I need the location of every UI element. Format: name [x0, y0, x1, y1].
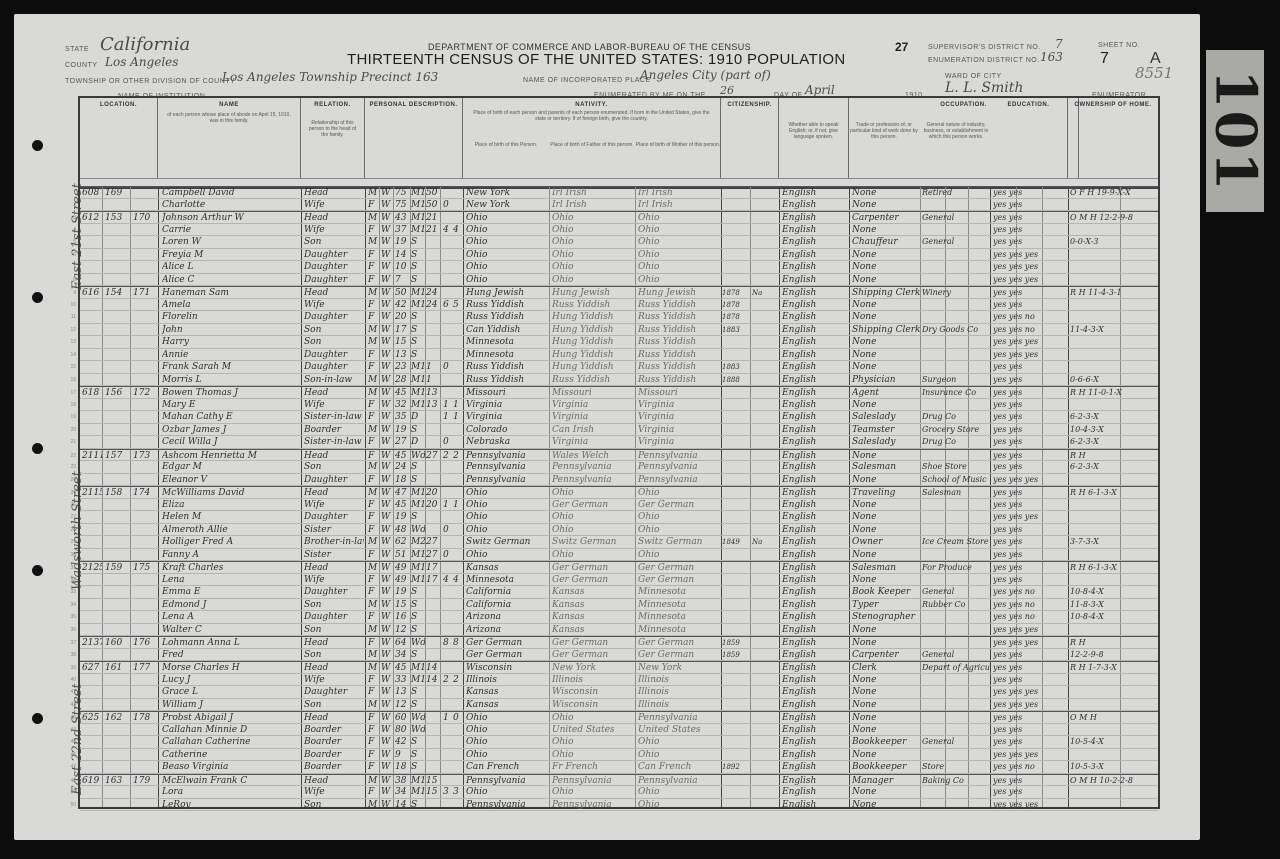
relation: Son [304, 461, 364, 473]
house-number: 608 1/2 [82, 187, 102, 199]
naturalization [752, 399, 778, 411]
language: English [782, 212, 848, 224]
house-number [82, 649, 102, 661]
trade: Traveling [852, 487, 920, 499]
industry: Depart of Agriculture [922, 662, 990, 674]
line-number: 48 [64, 775, 76, 787]
house-number [82, 299, 102, 311]
naturalization [752, 599, 778, 611]
dwelling-number [105, 474, 129, 486]
age: 18 [395, 761, 410, 773]
dwelling-number [105, 624, 129, 636]
language: English [782, 574, 848, 586]
ownership [1070, 261, 1160, 273]
ownership [1070, 299, 1160, 311]
birthplace-father: Ohio [552, 224, 634, 236]
house-number [82, 724, 102, 736]
family-number [133, 261, 157, 273]
trade: Manager [852, 775, 920, 787]
table-row: 31 2125 159 175 Kraft Charles Head M W 4… [80, 561, 1158, 574]
table-row: 50 LeRoy Son M W 14 S Pennsylvania Penns… [80, 799, 1158, 812]
naturalization [752, 311, 778, 323]
language: English [782, 199, 848, 211]
trade: Salesman [852, 461, 920, 473]
children-living [453, 624, 463, 636]
age: 62 [395, 536, 410, 548]
industry [922, 224, 990, 236]
birthplace-person: California [466, 599, 548, 611]
industry: Insurance Co [922, 387, 990, 399]
trade: None [852, 261, 920, 273]
family-number [133, 436, 157, 448]
table-row: 35 Lena A Daughter F W 16 S Arizona Kans… [80, 611, 1158, 624]
ownership [1070, 574, 1160, 586]
language: English [782, 586, 848, 598]
race: W [381, 611, 393, 623]
state-value: California [100, 34, 190, 55]
family-number [133, 311, 157, 323]
relation: Daughter [304, 686, 364, 698]
language: English [782, 299, 848, 311]
industry: Retired [922, 187, 990, 199]
person-name: Kraft Charles [162, 562, 300, 574]
industry: Surgeon [922, 374, 990, 386]
table-row: 38 Fred Son M W 34 S Ger German Ger Germ… [80, 649, 1158, 662]
years-married [426, 599, 440, 611]
marital-status: S [411, 511, 425, 523]
race: W [381, 511, 393, 523]
children-born [443, 387, 453, 399]
dwelling-number [105, 649, 129, 661]
race: W [381, 324, 393, 336]
person-name: Edgar M [162, 461, 300, 473]
birthplace-father: Wisconsin [552, 699, 634, 711]
dwelling-number [105, 761, 129, 773]
language: English [782, 524, 848, 536]
birthplace-person: Ohio [466, 549, 548, 561]
education: yes yes [993, 662, 1065, 674]
immigration-year: 1859 [722, 649, 750, 661]
years-married [426, 586, 440, 598]
birthplace-mother: Illinois [638, 699, 720, 711]
dwelling-number: 157 [105, 450, 129, 462]
table-row: 22 2111 157 173 Ashcom Henrietta M Head … [80, 449, 1158, 462]
race: W [381, 374, 393, 386]
birthplace-mother: Minnesota [638, 611, 720, 623]
children-living [453, 199, 463, 211]
race: W [381, 474, 393, 486]
years-married [426, 274, 440, 286]
language: English [782, 487, 848, 499]
trade: None [852, 549, 920, 561]
education: yes yes [993, 374, 1065, 386]
age: 37 [395, 224, 410, 236]
dwelling-number [105, 236, 129, 248]
language: English [782, 249, 848, 261]
age: 24 [395, 461, 410, 473]
immigration-year [722, 436, 750, 448]
education: yes yes no [993, 761, 1065, 773]
marital-status: S [411, 699, 425, 711]
dwelling-number [105, 736, 129, 748]
years-married [426, 236, 440, 248]
birthplace-mother: Ger German [638, 499, 720, 511]
dwelling-number [105, 549, 129, 561]
children-living: 8 [453, 637, 463, 649]
age: 18 [395, 474, 410, 486]
immigration-year: 1883 [722, 324, 750, 336]
relation: Son [304, 324, 364, 336]
children-living: 4 [453, 224, 463, 236]
children-living [453, 424, 463, 436]
years-married: 50 [426, 187, 440, 199]
children-born [443, 487, 453, 499]
language: English [782, 775, 848, 787]
age: 12 [395, 699, 410, 711]
children-living [453, 236, 463, 248]
education: yes yes [993, 674, 1065, 686]
industry [922, 674, 990, 686]
naturalization [752, 712, 778, 724]
birthplace-father: Kansas [552, 611, 634, 623]
marital-status: M1 [411, 499, 425, 511]
ownership [1070, 474, 1160, 486]
column-header-name: NAMEof each person whose place of abode … [158, 98, 301, 178]
house-number [82, 549, 102, 561]
children-living [453, 686, 463, 698]
industry [922, 624, 990, 636]
years-married [426, 686, 440, 698]
age: 60 [395, 712, 410, 724]
industry [922, 249, 990, 261]
dwelling-number [105, 799, 129, 811]
education: yes yes [993, 212, 1065, 224]
enumeration-district-label: ENUMERATION DISTRICT NO. [928, 57, 1040, 64]
immigration-year [722, 775, 750, 787]
relation: Wife [304, 399, 364, 411]
age: 48 [395, 524, 410, 536]
race: W [381, 686, 393, 698]
education: yes yes [993, 524, 1065, 536]
person-name: Loren W [162, 236, 300, 248]
marital-status: S [411, 736, 425, 748]
children-born: 6 [443, 299, 453, 311]
naturalization [752, 224, 778, 236]
language: English [782, 511, 848, 523]
trade: None [852, 524, 920, 536]
table-row: 26 Eliza Wife F W 45 M1 20 1 1 Ohio Ger … [80, 499, 1158, 512]
relation: Boarder [304, 749, 364, 761]
marital-status: S [411, 274, 425, 286]
sex: F [368, 511, 379, 523]
marital-status: D [411, 411, 425, 423]
language: English [782, 187, 848, 199]
relation: Son [304, 336, 364, 348]
age: 12 [395, 624, 410, 636]
language: English [782, 461, 848, 473]
years-married [426, 261, 440, 273]
immigration-year [722, 624, 750, 636]
race: W [381, 487, 393, 499]
dwelling-number [105, 786, 129, 798]
relation: Head [304, 712, 364, 724]
industry [922, 712, 990, 724]
sex: F [368, 311, 379, 323]
language: English [782, 799, 848, 811]
punch-hole-icon [32, 292, 43, 303]
relation: Head [304, 487, 364, 499]
age: 43 [395, 212, 410, 224]
house-number [82, 611, 102, 623]
punch-hole-icon [32, 443, 43, 454]
family-number [133, 624, 157, 636]
house-number: 2111 [82, 450, 102, 462]
children-born [443, 424, 453, 436]
ownership: 10-5-3-X [1070, 761, 1160, 773]
children-living [453, 249, 463, 261]
marital-status: M1 [411, 387, 425, 399]
dwelling-number [105, 224, 129, 236]
marital-status: M1 [411, 674, 425, 686]
industry: General [922, 736, 990, 748]
children-born: 2 [443, 450, 453, 462]
table-row: 14 Annie Daughter F W 13 S Minnesota Hun… [80, 349, 1158, 362]
immigration-year [722, 786, 750, 798]
birthplace-mother: United States [638, 724, 720, 736]
family-number [133, 399, 157, 411]
sex: M [368, 662, 379, 674]
house-number [82, 361, 102, 373]
trade: None [852, 637, 920, 649]
family-number [133, 749, 157, 761]
language: English [782, 786, 848, 798]
children-born: 0 [443, 199, 453, 211]
children-born: 1 [443, 411, 453, 423]
person-name: McWilliams David [162, 487, 300, 499]
birthplace-person: Ohio [466, 487, 548, 499]
house-number [82, 799, 102, 811]
marital-status: M1 [411, 574, 425, 586]
children-living [453, 761, 463, 773]
naturalization [752, 786, 778, 798]
relation: Daughter [304, 261, 364, 273]
language: English [782, 562, 848, 574]
ownership: 3-7-3-X [1070, 536, 1160, 548]
birthplace-person: Ohio [466, 712, 548, 724]
line-number: 10 [64, 299, 76, 311]
relation: Head [304, 637, 364, 649]
table-row: 23 Edgar M Son M W 24 S Pennsylvania Pen… [80, 461, 1158, 474]
dwelling-number [105, 674, 129, 686]
dwelling-number: 169 [105, 187, 129, 199]
race: W [381, 411, 393, 423]
person-name: Alice L [162, 261, 300, 273]
trade: Physician [852, 374, 920, 386]
children-born [443, 624, 453, 636]
race: W [381, 224, 393, 236]
marital-status: M1 [411, 487, 425, 499]
birthplace-mother: Hung Jewish [638, 287, 720, 299]
immigration-year: 1849 [722, 536, 750, 548]
incorporated-value: Angeles City (part of) [640, 68, 771, 82]
relation: Wife [304, 499, 364, 511]
birthplace-person: Hung Jewish [466, 287, 548, 299]
table-row: 4 Carrie Wife F W 37 M1 21 4 4 Ohio Ohio… [80, 224, 1158, 237]
line-number: 41 [64, 686, 76, 698]
education: yes yes [993, 399, 1065, 411]
sex: F [368, 224, 379, 236]
children-living: 3 [453, 786, 463, 798]
birthplace-father: Ohio [552, 261, 634, 273]
column-header-location: LOCATION. [80, 98, 158, 178]
years-married: 27 [426, 536, 440, 548]
house-number [82, 324, 102, 336]
birthplace-father: Fr French [552, 761, 634, 773]
immigration-year [722, 199, 750, 211]
birthplace-mother: Ohio [638, 224, 720, 236]
sex: M [368, 212, 379, 224]
line-number: 30 [64, 549, 76, 561]
immigration-year: 1878 [722, 299, 750, 311]
industry: Drug Co [922, 411, 990, 423]
industry: Dry Goods Co [922, 324, 990, 336]
house-number [82, 224, 102, 236]
naturalization [752, 662, 778, 674]
table-row: 2 Charlotte Wife F W 75 M1 50 0 New York… [80, 199, 1158, 212]
birthplace-person: Russ Yiddish [466, 299, 548, 311]
race: W [381, 424, 393, 436]
children-living: 1 [453, 411, 463, 423]
sex: F [368, 724, 379, 736]
relation: Daughter [304, 349, 364, 361]
race: W [381, 187, 393, 199]
dwelling-number [105, 511, 129, 523]
trade: None [852, 299, 920, 311]
trade: None [852, 686, 920, 698]
dwelling-number [105, 536, 129, 548]
birthplace-person: Russ Yiddish [466, 374, 548, 386]
race: W [381, 236, 393, 248]
race: W [381, 387, 393, 399]
sex: M [368, 562, 379, 574]
birthplace-person: Ohio [466, 274, 548, 286]
line-number: 6 [64, 249, 76, 261]
race: W [381, 775, 393, 787]
race: W [381, 637, 393, 649]
table-row: 29 Holliger Fred A Brother-in-law M W 62… [80, 536, 1158, 549]
race: W [381, 674, 393, 686]
dwelling-number [105, 324, 129, 336]
table-row: 8 Alice C Daughter F W 7 S Ohio Ohio Ohi… [80, 274, 1158, 287]
table-row: 5 Loren W Son M W 19 S Ohio Ohio Ohio En… [80, 236, 1158, 249]
supervisor-value: 7 [1055, 37, 1063, 51]
house-number [82, 599, 102, 611]
line-number: 11 [64, 311, 76, 323]
house-number [82, 574, 102, 586]
immigration-year [722, 249, 750, 261]
naturalization [752, 511, 778, 523]
birthplace-father: Ger German [552, 574, 634, 586]
dwelling-number [105, 399, 129, 411]
industry [922, 499, 990, 511]
sex: M [368, 799, 379, 811]
children-living [453, 599, 463, 611]
line-number: 39 [64, 662, 76, 674]
race: W [381, 599, 393, 611]
birthplace-person: Arizona [466, 611, 548, 623]
table-row: 45 Callahan Catherine Boarder F W 42 S O… [80, 736, 1158, 749]
trade: Carpenter [852, 649, 920, 661]
dwelling-number: 161 [105, 662, 129, 674]
ownership [1070, 699, 1160, 711]
trade: None [852, 249, 920, 261]
sex: F [368, 199, 379, 211]
age: 50 [395, 287, 410, 299]
industry [922, 399, 990, 411]
dwelling-number [105, 699, 129, 711]
relation: Son [304, 599, 364, 611]
line-number: 38 [64, 649, 76, 661]
birthplace-father: Kansas [552, 624, 634, 636]
birthplace-mother: Ohio [638, 249, 720, 261]
years-married [426, 349, 440, 361]
education: yes yes [993, 187, 1065, 199]
sex: F [368, 611, 379, 623]
birthplace-father: Can Irish [552, 424, 634, 436]
immigration-year [722, 487, 750, 499]
relation: Wife [304, 224, 364, 236]
education: yes yes [993, 236, 1065, 248]
house-number [82, 249, 102, 261]
sex: M [368, 287, 379, 299]
birthplace-father: Pennsylvania [552, 799, 634, 811]
birthplace-person: Ger German [466, 637, 548, 649]
marital-status: M2 [411, 536, 425, 548]
marital-status: S [411, 761, 425, 773]
birthplace-person: Kansas [466, 699, 548, 711]
family-number [133, 786, 157, 798]
relation: Daughter [304, 474, 364, 486]
years-married [426, 761, 440, 773]
education: yes yes [993, 786, 1065, 798]
immigration-year [722, 749, 750, 761]
industry [922, 724, 990, 736]
table-row: 41 Grace L Daughter F W 13 S Kansas Wisc… [80, 686, 1158, 699]
education: yes yes [993, 712, 1065, 724]
years-married [426, 724, 440, 736]
immigration-year [722, 274, 750, 286]
sex: F [368, 349, 379, 361]
house-number: 2125 [82, 562, 102, 574]
birthplace-mother: Ger German [638, 562, 720, 574]
birthplace-father: Ohio [552, 524, 634, 536]
table-row: 19 Mahan Cathy E Sister-in-law F W 35 D … [80, 411, 1158, 424]
birthplace-person: Pennsylvania [466, 799, 548, 811]
relation: Sister-in-law [304, 411, 364, 423]
family-number [133, 611, 157, 623]
birthplace-person: Illinois [466, 674, 548, 686]
birthplace-mother: Ohio [638, 274, 720, 286]
children-born: 2 [443, 674, 453, 686]
relation: Wife [304, 199, 364, 211]
relation: Boarder [304, 424, 364, 436]
birthplace-person: Wisconsin [466, 662, 548, 674]
birthplace-father: Irl Irish [552, 199, 634, 211]
trade: None [852, 499, 920, 511]
person-name: Lohmann Anna L [162, 637, 300, 649]
industry: Store [922, 761, 990, 773]
naturalization [752, 361, 778, 373]
